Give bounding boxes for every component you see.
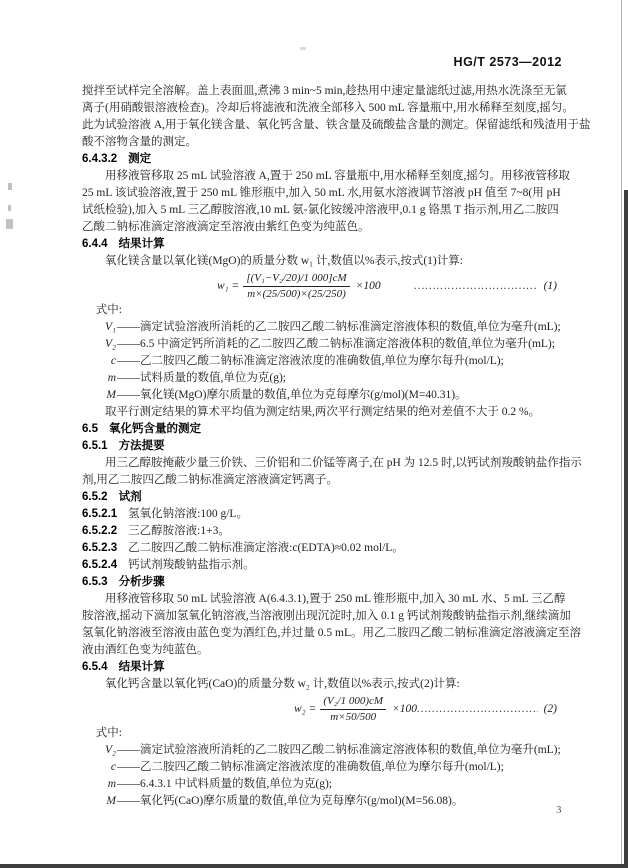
item-text: 乙二胺四乙酸二钠标准滴定溶液:c(EDTA)≈0.02 mol/L。 bbox=[128, 542, 404, 554]
formula-multiplier: ×100 bbox=[356, 278, 381, 295]
formula-lhs: w₂ = bbox=[294, 701, 316, 718]
definition-text: ——试料质量的数值,单位为克(g); bbox=[117, 370, 286, 387]
formula-1: w₁ = [(V₁−V₂/20)/1 000]cM m×(25/500)×(25… bbox=[82, 270, 612, 302]
text-line: 试纸检验),加入 5 mL 三乙醇胺溶液,10 mL 氨-氯化铵缓冲溶液甲,0.… bbox=[82, 202, 612, 219]
text-line: 此为试验溶液 A,用于氧化镁含量、氧化钙含量、铁含量及硫酸盐含量的测定。保留滤纸… bbox=[82, 117, 612, 134]
definition-text: ——氧化镁(MgO)摩尔质量的数值,单位为克每摩尔(g/mol)(M=40.31… bbox=[117, 387, 467, 404]
definition-term: c bbox=[96, 759, 116, 776]
standard-code-header: HG/T 2573—2012 bbox=[454, 55, 562, 69]
text-line: 离子(用硝酸银溶液检查)。冷却后将滤液和洗液全部移入 500 mL 容量瓶中,用… bbox=[82, 100, 612, 117]
definition-term: V₂ bbox=[96, 336, 116, 353]
section-number: 6.5.3 bbox=[82, 576, 108, 588]
definition-term: M bbox=[96, 387, 116, 404]
item-number: 6.5.2.2 bbox=[82, 525, 117, 537]
definition-term: M bbox=[96, 793, 116, 810]
definition-list-2: V₂——滴定试验溶液所消耗的乙二胺四乙酸二钠标准滴定溶液体积的数值,单位为毫升(… bbox=[82, 742, 612, 810]
text-line: 液由酒红色变为纯蓝色。 bbox=[82, 642, 612, 659]
section-heading-652: 6.5.2试剂 bbox=[82, 489, 612, 506]
formula-fraction: (V₂/1 000)cM m×50/500 bbox=[320, 695, 386, 724]
formula-fraction: [(V₁−V₂/20)/1 000]cM m×(25/500)×(25/250) bbox=[243, 272, 349, 301]
text-line: 用移液管移取 50 mL 试验溶液 A(6.4.3.1),置于 250 mL 锥… bbox=[82, 591, 612, 608]
text-line: 用移液管移取 25 mL 试验溶液 A,置于 250 mL 容量瓶中,用水稀释至… bbox=[82, 168, 612, 185]
text-line: 乙酸二钠标准滴定溶液滴定至溶液由紫红色变为纯蓝色。 bbox=[82, 219, 612, 236]
scan-edge-line bbox=[621, 0, 622, 868]
definition-term: m bbox=[96, 370, 116, 387]
formula-denominator: m×(25/500)×(25/250) bbox=[243, 287, 349, 301]
text-line: 酸不溶物含量的测定。 bbox=[82, 134, 612, 151]
equation-number: (2) bbox=[544, 701, 557, 718]
definition-row: M——氧化镁(MgO)摩尔质量的数值,单位为克每摩尔(g/mol)(M=40.3… bbox=[96, 387, 612, 404]
text-line: 剂,用乙二胺四乙酸二钠标准滴定溶液滴定钙离子。 bbox=[82, 472, 612, 489]
paragraph-method-summary: 用三乙醇胺掩蔽少量三价铁、三价铝和二价锰等离子,在 pH 为 12.5 时,以钙… bbox=[82, 455, 612, 489]
scan-artifact bbox=[8, 183, 12, 190]
item-text: 氢氧化钠溶液:100 g/L。 bbox=[128, 508, 248, 520]
section-number: 6.4.3.2 bbox=[82, 153, 117, 165]
paragraph-formula1-intro: 氧化镁含量以氧化镁(MgO)的质量分数 w₁ 计,数值以%表示,按式(1)计算: bbox=[82, 253, 612, 270]
definition-row: V₁——滴定试验溶液所消耗的乙二胺四乙酸二钠标准滴定溶液体积的数值,单位为毫升(… bbox=[96, 319, 612, 336]
scan-artifact bbox=[8, 205, 11, 211]
item-text: 钙试剂羧酸钠盐指示剂。 bbox=[128, 559, 255, 571]
definition-text: ——氧化钙(CaO)摩尔质量的数值,单位为克每摩尔(g/mol)(M=56.08… bbox=[117, 793, 463, 810]
section-title: 方法提要 bbox=[119, 440, 165, 452]
definition-text: ——滴定试验溶液所消耗的乙二胺四乙酸二钠标准滴定溶液体积的数值,单位为毫升(mL… bbox=[117, 319, 561, 336]
item-number: 6.5.2.4 bbox=[82, 559, 117, 571]
text-line: 25 mL 该试验溶液,置于 250 mL 锥形瓶中,加入 50 mL 水,用氨… bbox=[82, 185, 612, 202]
formula-numerator: [(V₁−V₂/20)/1 000]cM bbox=[243, 272, 349, 287]
definition-list-1: V₁——滴定试验溶液所消耗的乙二胺四乙酸二钠标准滴定溶液体积的数值,单位为毫升(… bbox=[82, 319, 612, 404]
page-number: 3 bbox=[556, 804, 562, 816]
definition-text: ——滴定试验溶液所消耗的乙二胺四乙酸二钠标准滴定溶液体积的数值,单位为毫升(mL… bbox=[117, 742, 561, 759]
item-text: 三乙醇胺溶液:1+3。 bbox=[128, 525, 230, 537]
definition-term: V₁ bbox=[96, 319, 116, 336]
formula-denominator: m×50/500 bbox=[320, 710, 386, 724]
section-heading-654: 6.5.4结果计算 bbox=[82, 659, 612, 676]
scan-edge-shadow-bottom bbox=[0, 864, 628, 868]
definition-row: m——试料质量的数值,单位为克(g); bbox=[96, 370, 612, 387]
formula-2: w₂ = (V₂/1 000)cM m×50/500 ×100 ……………………… bbox=[82, 693, 612, 725]
section-heading-6432: 6.4.3.2测定 bbox=[82, 151, 612, 168]
section-heading-653: 6.5.3分析步骤 bbox=[82, 574, 612, 591]
where-label: 式中: bbox=[82, 725, 612, 742]
scan-edge-shadow-right bbox=[624, 190, 628, 868]
definition-text: ——6.5 中滴定钙所消耗的乙二胺四乙酸二钠标准滴定溶液体积的数值,单位为毫升(… bbox=[117, 336, 555, 353]
definition-term: c bbox=[96, 353, 116, 370]
where-label: 式中: bbox=[82, 302, 612, 319]
section-title: 结果计算 bbox=[119, 661, 165, 673]
definition-row: m——6.4.3.1 中试料质量的数值,单位为克(g); bbox=[96, 776, 612, 793]
item-number: 6.5.2.3 bbox=[82, 542, 117, 554]
definition-text: ——乙二胺四乙酸二钠标准滴定溶液浓度的准确数值,单位为摩尔每升(mol/L); bbox=[117, 759, 504, 776]
definition-row: V₂——滴定试验溶液所消耗的乙二胺四乙酸二钠标准滴定溶液体积的数值,单位为毫升(… bbox=[96, 742, 612, 759]
text-line: 用三乙醇胺掩蔽少量三价铁、三价铝和二价锰等离子,在 pH 为 12.5 时,以钙… bbox=[82, 455, 612, 472]
definition-text: ——6.4.3.1 中试料质量的数值,单位为克(g); bbox=[117, 776, 332, 793]
section-number: 6.5 bbox=[82, 423, 98, 435]
section-title: 测定 bbox=[128, 153, 151, 165]
definition-text: ——乙二胺四乙酸二钠标准滴定溶液浓度的准确数值,单位为摩尔每升(mol/L); bbox=[117, 353, 504, 370]
definition-term: V₂ bbox=[96, 742, 116, 759]
dot-leader: …………………………… bbox=[414, 278, 537, 295]
equation-number: (1) bbox=[544, 278, 557, 295]
section-title: 试剂 bbox=[119, 491, 142, 503]
section-number: 6.5.2 bbox=[82, 491, 108, 503]
dot-leader: ……………………………… bbox=[417, 701, 538, 718]
item-number: 6.5.2.1 bbox=[82, 508, 117, 520]
formula-lhs: w₁ = bbox=[217, 278, 239, 295]
reagent-item: 6.5.2.1氢氧化钠溶液:100 g/L。 bbox=[82, 506, 612, 523]
scan-artifact bbox=[6, 219, 13, 229]
paragraph-determination: 用移液管移取 25 mL 试验溶液 A,置于 250 mL 容量瓶中,用水稀释至… bbox=[82, 168, 612, 236]
text-line: 胺溶液,摇动下滴加氢氧化钠溶液,当溶液刚出现沉淀时,加入 0.1 g 钙试剂羧酸… bbox=[82, 608, 612, 625]
text-line: 搅拌至试样完全溶解。盖上表面皿,煮沸 3 min~5 min,趁热用中速定量滤纸… bbox=[82, 83, 612, 100]
formula-numerator: (V₂/1 000)cM bbox=[320, 695, 386, 710]
section-heading-65: 6.5氧化钙含量的测定 bbox=[82, 421, 612, 438]
reagent-item: 6.5.2.4钙试剂羧酸钠盐指示剂。 bbox=[82, 557, 612, 574]
section-heading-644: 6.4.4结果计算 bbox=[82, 236, 612, 253]
reagent-item: 6.5.2.2三乙醇胺溶液:1+3。 bbox=[82, 523, 612, 540]
section-title: 结果计算 bbox=[119, 238, 165, 250]
paragraph-parallel-note: 取平行测定结果的算术平均值为测定结果,两次平行测定结果的绝对差值不大于 0.2 … bbox=[82, 404, 612, 421]
definition-row: V₂——6.5 中滴定钙所消耗的乙二胺四乙酸二钠标准滴定溶液体积的数值,单位为毫… bbox=[96, 336, 612, 353]
section-heading-651: 6.5.1方法提要 bbox=[82, 438, 612, 455]
paragraph-formula2-intro: 氧化钙含量以氧化钙(CaO)的质量分数 w₂ 计,数值以%表示,按式(2)计算: bbox=[82, 676, 612, 693]
section-number: 6.5.1 bbox=[82, 440, 108, 452]
scanned-document-page: HG/T 2573—2012 搅拌至试样完全溶解。盖上表面皿,煮沸 3 min~… bbox=[0, 0, 628, 868]
reagent-list: 6.5.2.1氢氧化钠溶液:100 g/L。 6.5.2.2三乙醇胺溶液:1+3… bbox=[82, 506, 612, 574]
paragraph-analysis-steps: 用移液管移取 50 mL 试验溶液 A(6.4.3.1),置于 250 mL 锥… bbox=[82, 591, 612, 659]
text-line: 氢氧化钠溶液至溶液由蓝色变为酒红色,并过量 0.5 mL。用乙二胺四乙酸二钠标准… bbox=[82, 625, 612, 642]
paragraph-continued: 搅拌至试样完全溶解。盖上表面皿,煮沸 3 min~5 min,趁热用中速定量滤纸… bbox=[82, 83, 612, 151]
definition-row: M——氧化钙(CaO)摩尔质量的数值,单位为克每摩尔(g/mol)(M=56.0… bbox=[96, 793, 612, 810]
document-body: 搅拌至试样完全溶解。盖上表面皿,煮沸 3 min~5 min,趁热用中速定量滤纸… bbox=[82, 83, 612, 810]
definition-term: m bbox=[96, 776, 116, 793]
definition-row: c——乙二胺四乙酸二钠标准滴定溶液浓度的准确数值,单位为摩尔每升(mol/L); bbox=[96, 353, 612, 370]
definition-row: c——乙二胺四乙酸二钠标准滴定溶液浓度的准确数值,单位为摩尔每升(mol/L); bbox=[96, 759, 612, 776]
reagent-item: 6.5.2.3乙二胺四乙酸二钠标准滴定溶液:c(EDTA)≈0.02 mol/L… bbox=[82, 540, 612, 557]
scan-artifact bbox=[300, 47, 306, 50]
formula-multiplier: ×100 bbox=[392, 701, 417, 718]
section-title: 分析步骤 bbox=[119, 576, 165, 588]
section-title: 氧化钙含量的测定 bbox=[109, 423, 201, 435]
section-number: 6.4.4 bbox=[82, 238, 108, 250]
section-number: 6.5.4 bbox=[82, 661, 108, 673]
